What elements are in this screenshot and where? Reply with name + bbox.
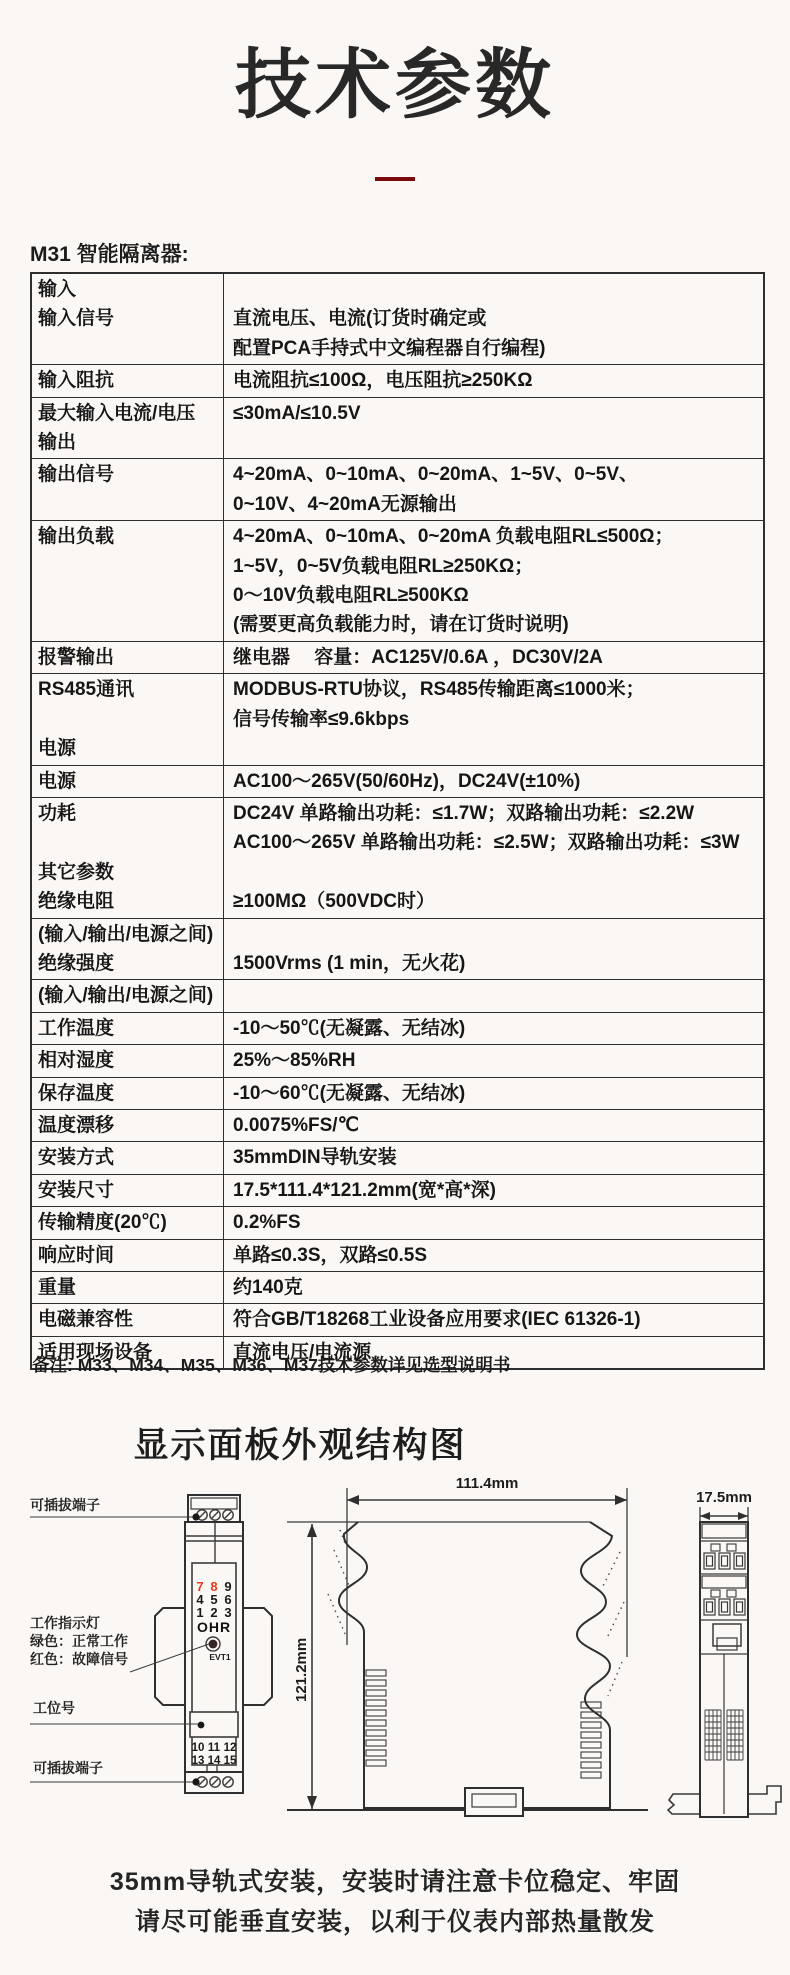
- table-label-cell: (输入/输出/电源之间)绝缘强度: [32, 919, 224, 980]
- table-row: RS485通讯 电源MODBUS-RTU协议，RS485传输距离≤1000米；信…: [32, 674, 763, 765]
- table-row: 最大输入电流/电压输出≤30mA/≤10.5V: [32, 398, 763, 460]
- footer-line-1: 35mm导轨式安装，安装时请注意卡位稳定、牢固: [0, 1862, 790, 1898]
- table-row: (输入/输出/电源之间)绝缘强度 1500Vrms (1 min，无火花): [32, 919, 763, 981]
- page: 技术参数 M31 智能隔离器: 输入输入信号 直流电压、电流(订货时确定或配置P…: [0, 0, 790, 1975]
- table-label-cell: 电磁兼容性: [32, 1304, 224, 1335]
- table-label-cell: (输入/输出/电源之间): [32, 980, 224, 1011]
- vent-slots-left: [366, 1670, 386, 1766]
- din-rail-left: [155, 1608, 185, 1705]
- width-dimension-label: 111.4mm: [456, 1475, 519, 1492]
- table-value-cell: 直流电压、电流(订货时确定或配置PCA手持式中文编程器自行编程): [224, 274, 763, 364]
- table-value-cell: ≤30mA/≤10.5V: [224, 398, 763, 459]
- title-underline-dash: [375, 177, 415, 181]
- label-indicator-2: 绿色：正常工作: [30, 1633, 128, 1649]
- din-clip: [465, 1788, 523, 1816]
- table-row: (输入/输出/电源之间): [32, 980, 763, 1012]
- terminal-number: 12: [224, 1742, 237, 1754]
- table-row: 功耗 其它参数绝缘电阻DC24V 单路输出功耗：≤1.7W；双路输出功耗：≤2.…: [32, 798, 763, 919]
- edge-width-dimension-label: 17.5mm: [696, 1489, 752, 1506]
- label-bottom-terminal: 可插拔端子: [33, 1760, 103, 1776]
- table-value-cell: MODBUS-RTU协议，RS485传输距离≤1000米；信号传输率≤9.6kb…: [224, 674, 763, 764]
- label-station: 工位号: [33, 1700, 75, 1716]
- table-value-cell: 1500Vrms (1 min，无火花): [224, 919, 763, 980]
- table-label-cell: 输出负载: [32, 521, 224, 641]
- table-label-cell: 安装尺寸: [32, 1175, 224, 1206]
- table-label-cell: 相对湿度: [32, 1045, 224, 1076]
- terminal-number: 3: [224, 1605, 231, 1620]
- table-label-cell: 重量: [32, 1272, 224, 1303]
- label-indicator-1: 工作指示灯: [30, 1615, 100, 1631]
- table-value-cell: DC24V 单路输出功耗：≤1.7W；双路输出功耗：≤2.2WAC100～265…: [224, 798, 763, 918]
- table-label-cell: 输入阻抗: [32, 365, 224, 396]
- terminal-numbers-bottom: 101112131415: [192, 1742, 237, 1767]
- table-row: 电源AC100～265V(50/60Hz)，DC24V(±10%): [32, 766, 763, 798]
- page-title: 技术参数: [0, 44, 790, 128]
- table-value-cell: 25%～85%RH: [224, 1045, 763, 1076]
- table-label-cell: 最大输入电流/电压输出: [32, 398, 224, 459]
- note-line: 备注: M33、M34、M35、M36、M37技术参数详见选型说明书: [32, 1352, 510, 1377]
- table-row: 输出信号 4~20mA、0~10mA、0~20mA、1~5V、0~5V、0~10…: [32, 459, 763, 521]
- table-row: 安装尺寸17.5*111.4*121.2mm(宽*高*深): [32, 1175, 763, 1207]
- table-value-cell: 0.0075%FS/℃: [224, 1110, 763, 1141]
- terminal-number: 2: [210, 1605, 217, 1620]
- footer-line-2: 请尽可能垂直安装，以利于仪表内部热量散发: [0, 1902, 790, 1938]
- terminal-number: 14: [208, 1755, 221, 1767]
- brand-logo: OHR: [197, 1619, 231, 1635]
- table-label-cell: 响应时间: [32, 1240, 224, 1271]
- terminal-number: 10: [192, 1742, 205, 1754]
- edge-view-drawing: 17.5mm: [655, 1462, 790, 1834]
- table-value-cell: AC100～265V(50/60Hz)，DC24V(±10%): [224, 766, 763, 797]
- table-row: 报警输出继电器 容量：AC125V/0.6A ，DC30V/2A: [32, 642, 763, 674]
- station-leader-dot: [198, 1722, 205, 1729]
- front-view-drawing: 789456123 101112131415 OHR EVT1 可插拔端子 工作…: [25, 1458, 295, 1833]
- table-label-cell: 电源: [32, 766, 224, 797]
- table-row: 输入阻抗电流阻抗≤100Ω，电压阻抗≥250KΩ: [32, 365, 763, 397]
- spec-table: 输入输入信号 直流电压、电流(订货时确定或配置PCA手持式中文编程器自行编程)输…: [30, 272, 765, 1370]
- table-row: 相对湿度25%～85%RH: [32, 1045, 763, 1077]
- table-value-cell: 电流阻抗≤100Ω，电压阻抗≥250KΩ: [224, 365, 763, 396]
- table-row: 工作温度-10～50℃(无凝露、无结冰): [32, 1013, 763, 1045]
- table-value-cell: 17.5*111.4*121.2mm(宽*高*深): [224, 1175, 763, 1206]
- table-row: 温度漂移0.0075%FS/℃: [32, 1110, 763, 1142]
- terminal-number: 15: [224, 1755, 237, 1767]
- indicator-tag: EVT1: [209, 1652, 231, 1662]
- bottom-terminal-leader-dot: [192, 1778, 199, 1785]
- table-value-cell: -10～50℃(无凝露、无结冰): [224, 1013, 763, 1044]
- table-row: 传输精度(20℃)0.2%FS: [32, 1207, 763, 1239]
- terminal-number: 11: [208, 1742, 221, 1754]
- table-value-cell: [224, 980, 763, 1011]
- table-value-cell: -10～60℃(无凝露、无结冰): [224, 1078, 763, 1109]
- indicator-light: [209, 1640, 218, 1649]
- table-value-cell: 4~20mA、0~10mA、0~20mA 负载电阻RL≤500Ω；1~5V，0~…: [224, 521, 763, 641]
- table-value-cell: 约140克: [224, 1272, 763, 1303]
- height-dimension-label: 121.2mm: [293, 1638, 310, 1702]
- table-row: 保存温度-10～60℃(无凝露、无结冰): [32, 1078, 763, 1110]
- model-subtitle: M31 智能隔离器:: [30, 238, 189, 268]
- table-row: 安装方式35mmDIN导轨安装: [32, 1142, 763, 1174]
- top-terminal-leader-dot: [192, 1513, 199, 1520]
- table-row: 电磁兼容性符合GB/T18268工业设备应用要求(IEC 61326-1): [32, 1304, 763, 1336]
- device-silhouette: [339, 1522, 612, 1808]
- table-row: 输出负载 4~20mA、0~10mA、0~20mA 负载电阻RL≤500Ω；1~…: [32, 521, 763, 642]
- table-label-cell: 输出信号: [32, 459, 224, 520]
- table-label-cell: 保存温度: [32, 1078, 224, 1109]
- table-label-cell: 温度漂移: [32, 1110, 224, 1141]
- terminal-numbers-top: 789456123: [196, 1579, 231, 1620]
- side-view-drawing: 111.4mm 121.2mm: [280, 1462, 652, 1832]
- table-value-cell: 4~20mA、0~10mA、0~20mA、1~5V、0~5V、0~10V、4~2…: [224, 459, 763, 520]
- table-value-cell: 0.2%FS: [224, 1207, 763, 1238]
- table-row: 响应时间单路≤0.3S，双路≤0.5S: [32, 1240, 763, 1272]
- table-value-cell: 继电器 容量：AC125V/0.6A ，DC30V/2A: [224, 642, 763, 673]
- table-label-cell: 安装方式: [32, 1142, 224, 1173]
- label-top-terminal: 可插拔端子: [30, 1497, 100, 1513]
- table-value-cell: 35mmDIN导轨安装: [224, 1142, 763, 1173]
- table-label-cell: RS485通讯 电源: [32, 674, 224, 764]
- din-rail-right: [243, 1608, 272, 1705]
- terminal-number: 1: [196, 1605, 203, 1620]
- table-label-cell: 输入输入信号: [32, 274, 224, 364]
- table-value-cell: 单路≤0.3S，双路≤0.5S: [224, 1240, 763, 1271]
- label-indicator-3: 红色：故障信号: [30, 1651, 128, 1667]
- table-label-cell: 功耗 其它参数绝缘电阻: [32, 798, 224, 918]
- table-label-cell: 报警输出: [32, 642, 224, 673]
- table-label-cell: 传输精度(20℃): [32, 1207, 224, 1238]
- table-label-cell: 工作温度: [32, 1013, 224, 1044]
- table-row: 重量约140克: [32, 1272, 763, 1304]
- table-value-cell: 符合GB/T18268工业设备应用要求(IEC 61326-1): [224, 1304, 763, 1335]
- terminal-number: 13: [192, 1755, 205, 1767]
- table-row: 输入输入信号 直流电压、电流(订货时确定或配置PCA手持式中文编程器自行编程): [32, 274, 763, 365]
